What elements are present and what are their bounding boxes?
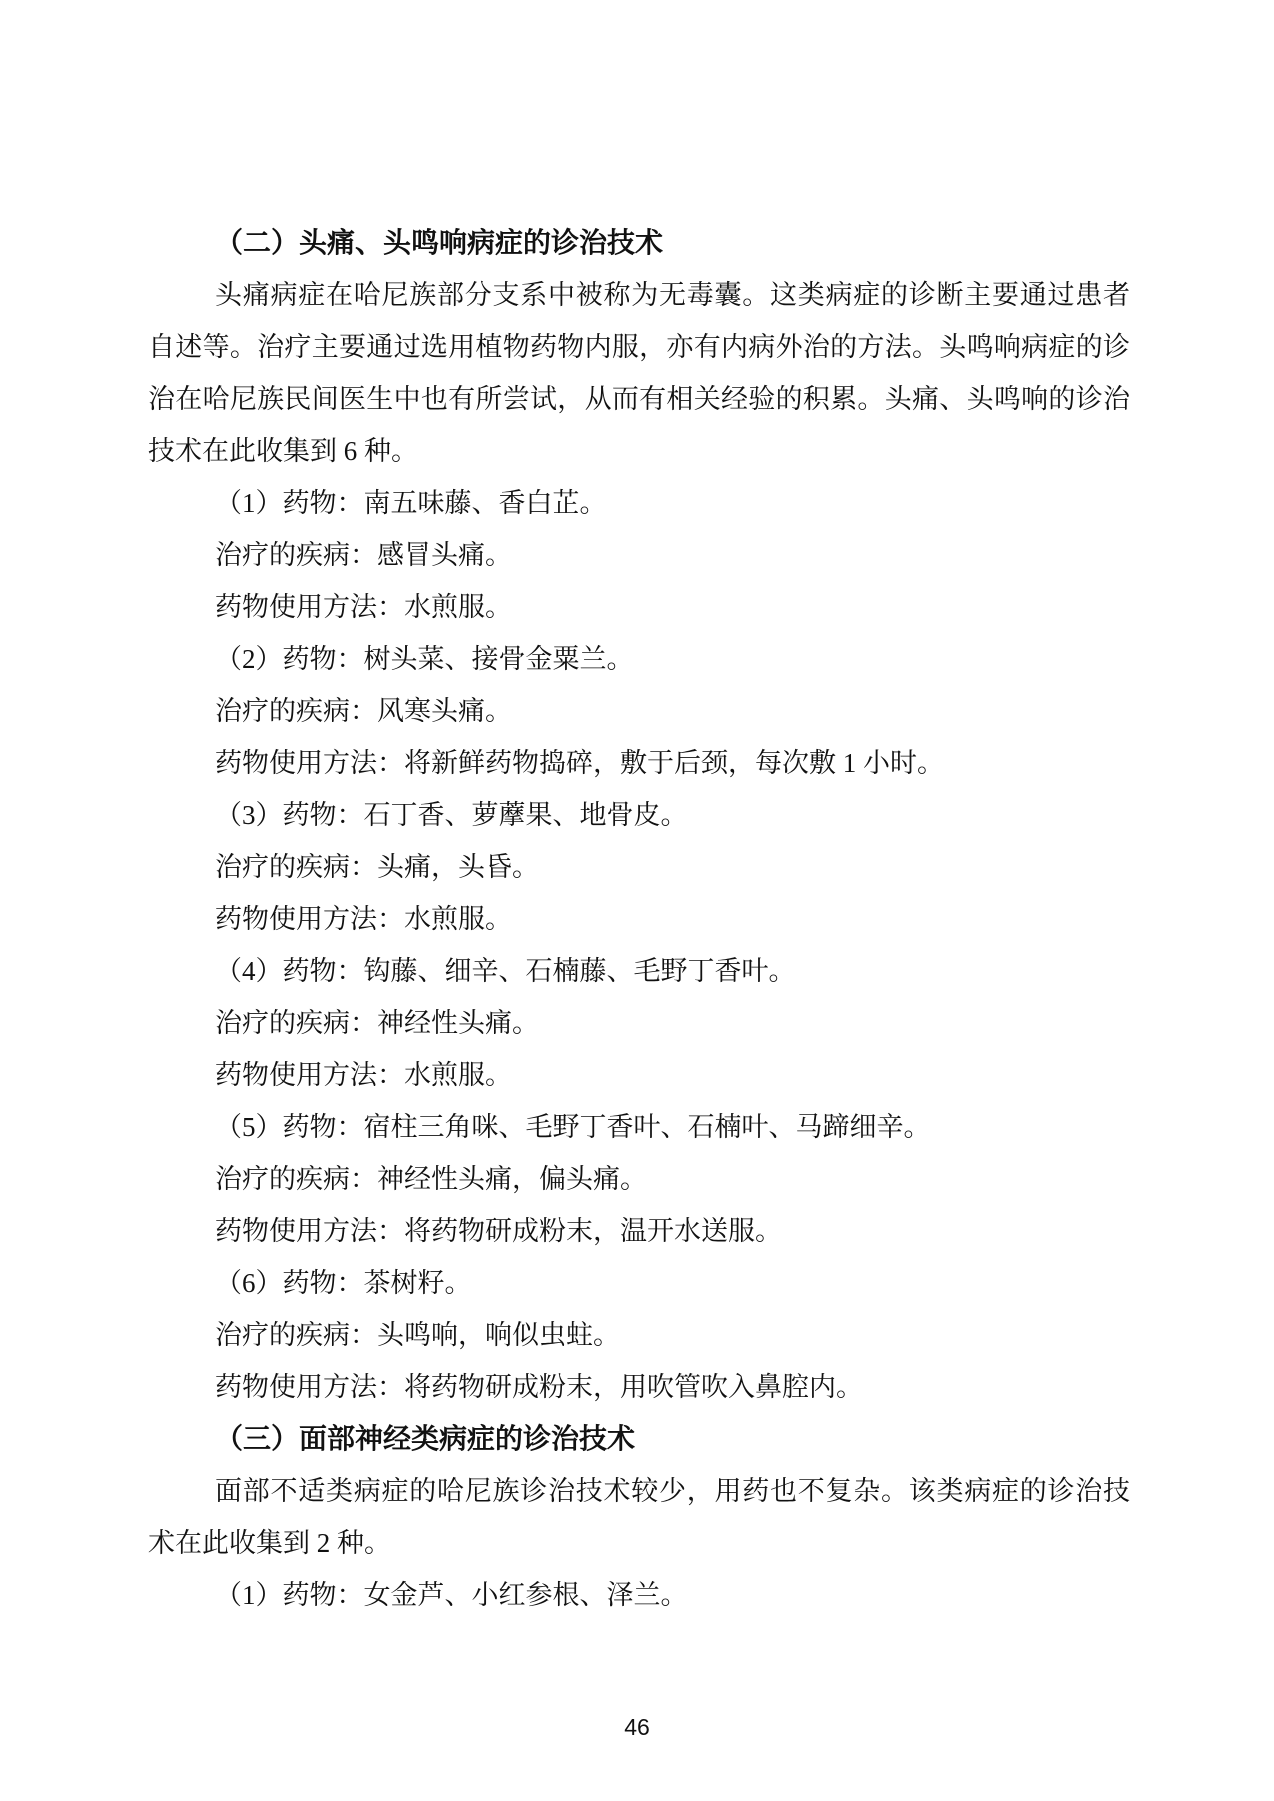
page-footer: 46	[0, 1712, 1274, 1742]
section-2-intro-paragraph: 头痛病症在哈尼族部分支系中被称为无毒囊。这类病症的诊断主要通过患者自述等。治疗主…	[148, 269, 1130, 477]
remedy-line: （6）药物：茶树籽。	[148, 1257, 1130, 1309]
remedy-line: 治疗的疾病：神经性头痛。	[148, 997, 1130, 1049]
remedy-line: （1）药物：南五味藤、香白芷。	[148, 477, 1130, 529]
remedy-line: 药物使用方法：水煎服。	[148, 1049, 1130, 1101]
section-2-heading: （二）头痛、头鸣响病症的诊治技术	[148, 217, 1130, 269]
remedy-line: 药物使用方法：水煎服。	[148, 893, 1130, 945]
remedy-line: 治疗的疾病：感冒头痛。	[148, 529, 1130, 581]
remedy-line: 药物使用方法：水煎服。	[148, 581, 1130, 633]
remedy-line: 药物使用方法：将新鲜药物捣碎，敷于后颈，每次敷 1 小时。	[148, 737, 1130, 789]
remedy-line: 治疗的疾病：神经性头痛，偏头痛。	[148, 1153, 1130, 1205]
remedy-line: （3）药物：石丁香、萝藦果、地骨皮。	[148, 789, 1130, 841]
page-number: 46	[624, 1714, 650, 1740]
remedy-line: （1）药物：女金芦、小红参根、泽兰。	[148, 1569, 1130, 1621]
remedy-line: 治疗的疾病：风寒头痛。	[148, 685, 1130, 737]
section-3-intro-paragraph: 面部不适类病症的哈尼族诊治技术较少，用药也不复杂。该类病症的诊治技术在此收集到 …	[148, 1465, 1130, 1569]
section-3-heading: （三）面部神经类病症的诊治技术	[148, 1413, 1130, 1465]
remedy-line: 药物使用方法：将药物研成粉末，温开水送服。	[148, 1205, 1130, 1257]
page-content: （二）头痛、头鸣响病症的诊治技术 头痛病症在哈尼族部分支系中被称为无毒囊。这类病…	[148, 217, 1130, 1621]
remedy-line: 药物使用方法：将药物研成粉末，用吹管吹入鼻腔内。	[148, 1361, 1130, 1413]
remedy-line: 治疗的疾病：头痛，头昏。	[148, 841, 1130, 893]
remedy-line: 治疗的疾病：头鸣响，响似虫蛀。	[148, 1309, 1130, 1361]
remedy-line: （2）药物：树头菜、接骨金粟兰。	[148, 633, 1130, 685]
document-page: （二）头痛、头鸣响病症的诊治技术 头痛病症在哈尼族部分支系中被称为无毒囊。这类病…	[0, 0, 1274, 1801]
remedy-line: （5）药物：宿柱三角咪、毛野丁香叶、石楠叶、马蹄细辛。	[148, 1101, 1130, 1153]
remedy-line: （4）药物：钩藤、细辛、石楠藤、毛野丁香叶。	[148, 945, 1130, 997]
